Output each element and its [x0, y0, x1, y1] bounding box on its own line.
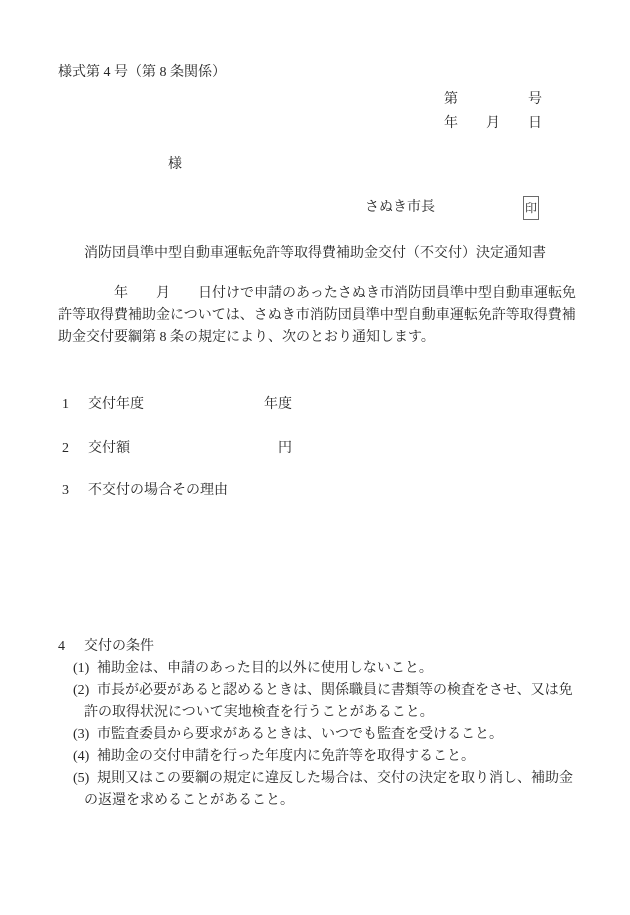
condition-2-text-line-1: 市長が必要があると認めるときは、関係職員に書類等の検査をさせ、又は免 — [97, 681, 573, 701]
condition-2-marker: (2) — [73, 681, 89, 701]
condition-4-marker: (4) — [73, 747, 89, 767]
doc-number-line: 第 号 — [444, 90, 542, 110]
condition-5-text-line-2: の返還を求めることがあること。 — [84, 791, 294, 811]
item-2-number: 2 — [62, 439, 69, 459]
condition-5-text-line-1: 規則又はこの要綱の規定に違反した場合は、交付の決定を取り消し、補助金 — [97, 769, 573, 789]
date-day-label: 日 — [528, 114, 542, 134]
condition-3-marker: (3) — [73, 725, 89, 745]
sender-title: さぬき市長 — [365, 198, 435, 218]
condition-5-marker: (5) — [73, 769, 89, 789]
recipient-honorific: 様 — [168, 155, 182, 175]
item-1-label: 交付年度 — [88, 395, 144, 415]
document-title: 消防団員準中型自動車運転免許等取得費補助金交付（不交付）決定通知書 — [0, 244, 630, 264]
form-number: 様式第 4 号（第 8 条関係） — [58, 63, 226, 83]
item-2-label: 交付額 — [88, 439, 130, 459]
item-1-number: 1 — [62, 395, 69, 415]
body-line-2: 許等取得費補助金については、さぬき市消防団員準中型自動車運転免許等取得費補 — [58, 306, 576, 326]
condition-1-marker: (1) — [73, 659, 89, 679]
item-4-number: 4 — [58, 637, 65, 657]
doc-number-prefix: 第 — [444, 90, 458, 110]
item-4-label: 交付の条件 — [84, 637, 154, 657]
item-1-unit: 年度 — [264, 395, 292, 415]
condition-1-text: 補助金は、申請のあった目的以外に使用しないこと。 — [97, 659, 433, 679]
date-month-label: 月 — [486, 114, 500, 134]
item-2-unit: 円 — [278, 439, 292, 459]
body-line-3: 助金交付要綱第 8 条の規定により、次のとおり通知します。 — [58, 328, 435, 348]
condition-3-text: 市監査委員から要求があるときは、いつでも監査を受けること。 — [97, 725, 503, 745]
item-3-number: 3 — [62, 481, 69, 501]
document-page: 様式第 4 号（第 8 条関係） 第 号 年 月 日 様 さぬき市長 印 消防団… — [0, 0, 630, 915]
body-line-1: 年 月 日付けで申請のあったさぬき市消防団員準中型自動車運転免 — [58, 284, 576, 304]
date-year-label: 年 — [444, 114, 458, 134]
seal-mark: 印 — [523, 196, 539, 220]
condition-4-text: 補助金の交付申請を行った年度内に免許等を取得すること。 — [97, 747, 475, 767]
date-line: 年 月 日 — [444, 114, 542, 134]
doc-number-suffix: 号 — [528, 90, 542, 110]
condition-2-text-line-2: 許の取得状況について実地検査を行うことがあること。 — [84, 703, 434, 723]
item-3-label: 不交付の場合その理由 — [88, 481, 228, 501]
